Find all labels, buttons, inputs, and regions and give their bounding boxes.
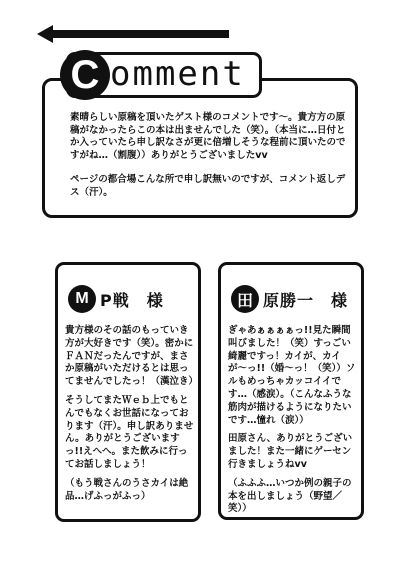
guest-name: 原勝一 様 bbox=[263, 288, 348, 311]
main-comment-paragraph: ページの都合場こんな所で申し訳無いのですが、コメント返しデス（汗）。 bbox=[70, 174, 350, 199]
arrow-shaft bbox=[49, 30, 229, 38]
main-comment-text: 素晴らしい原稿を頂いたゲスト様のコメントです〜。貴方方の原稿がなかったらこの本は… bbox=[70, 112, 350, 211]
comment-title: omment bbox=[110, 54, 245, 94]
card-paragraph: （もう戦さんのうさカイは絶品…げふっがふっ） bbox=[65, 478, 195, 504]
card-paragraph: ぎゃあぁぁぁぁっ!!見た瞬間叫びました！（笑）すっごい綺麗ですっ！カイが、カイが… bbox=[228, 325, 358, 427]
card-body: 貴方様のその話のもっていき方が大好きです（笑）。密かにＦＡＮだったんですが、まさ… bbox=[65, 325, 195, 509]
card-paragraph: 貴方様のその話のもっていき方が大好きです（笑）。密かにＦＡＮだったんですが、まさ… bbox=[65, 325, 195, 389]
card-header: 田 原勝一 様 bbox=[231, 285, 348, 313]
guest-card-tahara: 田 原勝一 様 ぎゃあぁぁぁぁっ!!見た瞬間叫びました！（笑）すっごい綺麗ですっ… bbox=[218, 262, 364, 520]
initial-badge: M bbox=[68, 285, 96, 313]
comment-title-initial: C bbox=[71, 55, 100, 95]
card-paragraph: 田原さん、ありがとうございました！また一緒にゲーセン行きましょうねvv bbox=[228, 433, 358, 471]
card-paragraph: そうしてまたＷｅｂ上でもとんでもなくお世話になっております（汗）。申し訳ありませ… bbox=[65, 395, 195, 472]
card-body: ぎゃあぁぁぁぁっ!!見た瞬間叫びました！（笑）すっごい綺麗ですっ！カイが、カイが… bbox=[228, 325, 358, 522]
guest-name: P戦 様 bbox=[100, 288, 164, 311]
main-comment-paragraph: 素晴らしい原稿を頂いたゲスト様のコメントです〜。貴方方の原稿がなかったらこの本は… bbox=[70, 112, 350, 162]
guest-card-mp-sen: M P戦 様 貴方様のその話のもっていき方が大好きです（笑）。密かにＦＡＮだった… bbox=[55, 262, 201, 522]
card-header: M P戦 様 bbox=[68, 285, 164, 313]
card-paragraph: （ふふふ…いつか例の親子の本を出しましょう（野望／笑）） bbox=[228, 478, 358, 516]
initial-badge: 田 bbox=[231, 285, 259, 313]
back-arrow-icon bbox=[37, 25, 229, 43]
comment-title-circle: C bbox=[60, 50, 110, 100]
